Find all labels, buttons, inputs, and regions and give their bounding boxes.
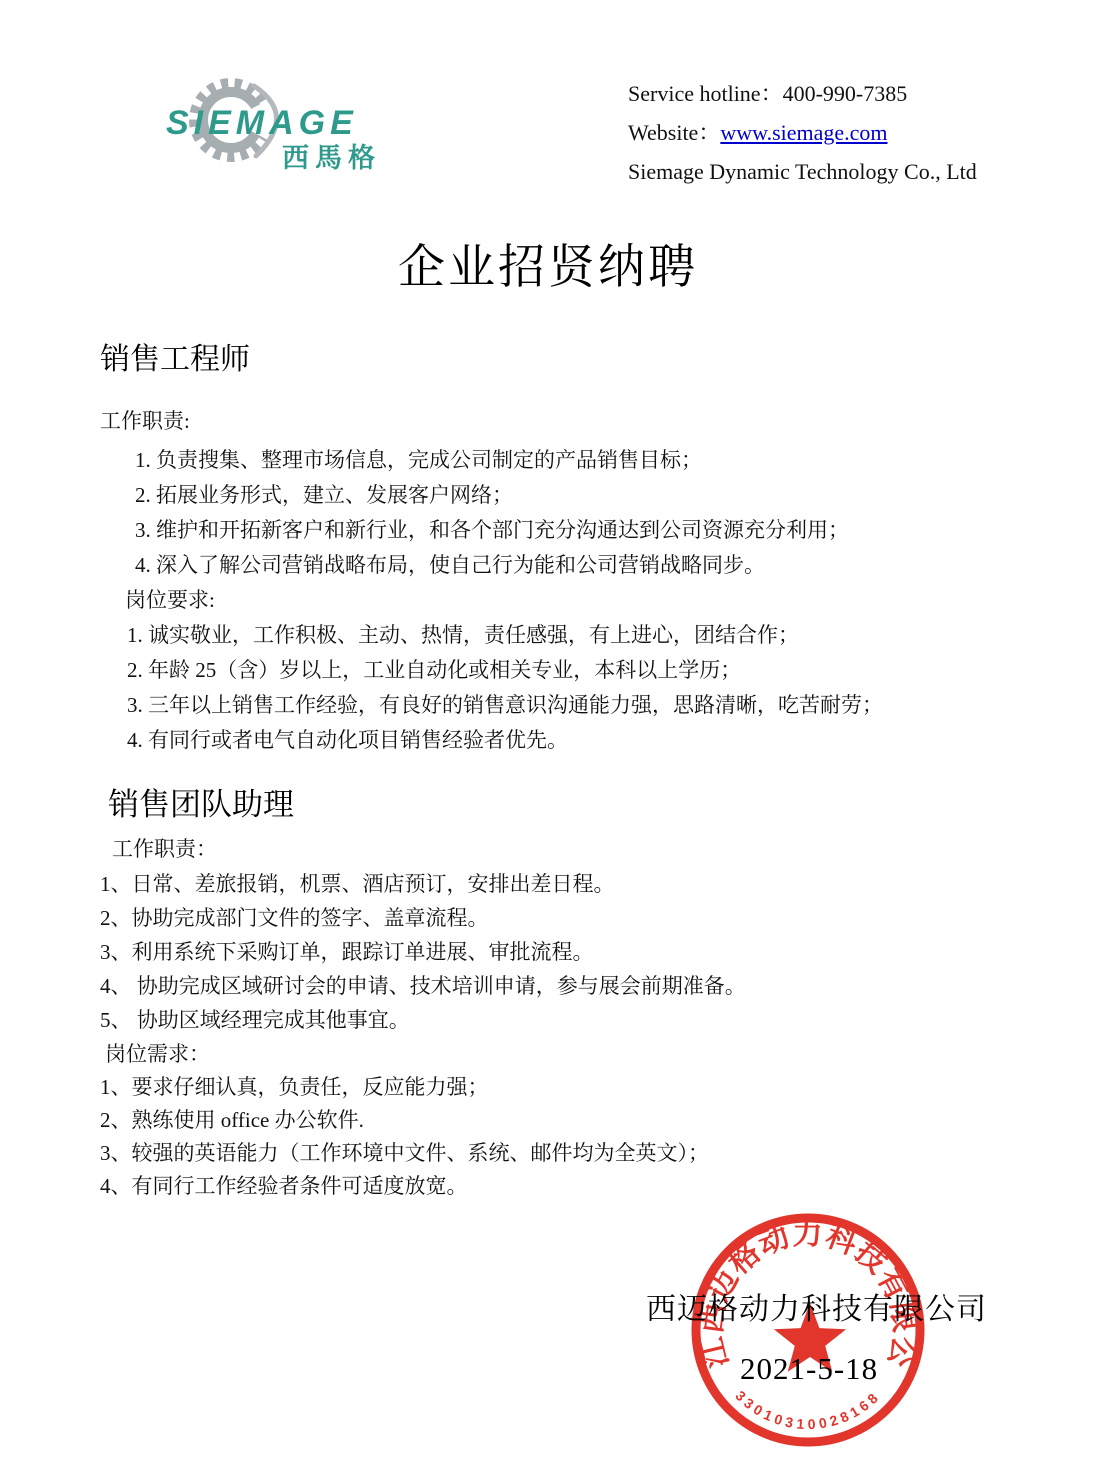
list-item: 1、日常、差旅报销，机票、酒店预订，安排出差日程。 — [100, 867, 1000, 901]
list-item: 1、要求仔细认真，负责任，反应能力强； — [100, 1071, 1000, 1104]
list-item: 2、协助完成部门文件的签字、盖章流程。 — [100, 901, 1000, 935]
list-item: 1. 负责搜集、整理市场信息，完成公司制定的产品销售目标； — [135, 443, 1000, 478]
requirements-list: 1. 诚实敬业，工作积极、主动、热情，责任感强，有上进心，团结合作； 2. 年龄… — [100, 618, 1000, 758]
company-name-en: Siemage Dynamic Technology Co., Ltd — [628, 152, 1008, 191]
list-item: 3. 三年以上销售工作经验，有良好的销售意识沟通能力强，思路清晰，吃苦耐劳； — [127, 688, 1000, 723]
duties-label: 工作职责： — [100, 832, 1000, 867]
document-body: 销售工程师 工作职责: 1. 负责搜集、整理市场信息，完成公司制定的产品销售目标… — [100, 338, 1000, 1203]
hotline-line: Service hotline：400-990-7385 — [628, 74, 1008, 113]
list-item: 2、熟练使用 office 办公软件. — [100, 1104, 1000, 1137]
list-item: 2. 年龄 25（含）岁以上，工业自动化或相关专业，本科以上学历； — [127, 653, 1000, 688]
website-label: Website： — [628, 120, 720, 145]
star-icon — [774, 1303, 846, 1372]
company-stamp: 浙江西迈格动力科技有限公司 33010310028168 — [678, 1200, 938, 1460]
requirements-label: 岗位需求： — [100, 1037, 1000, 1071]
requirements-label: 岗位要求: — [100, 583, 1000, 618]
list-item: 3. 维护和开拓新客户和新行业，和各个部门充分沟通达到公司资源充分利用； — [135, 513, 1000, 548]
company-logo: SIEMAGE 西馬格 — [158, 60, 408, 200]
list-item: 3、利用系统下采购订单，跟踪订单进展、审批流程。 — [100, 935, 1000, 969]
list-item: 4、 协助完成区域研讨会的申请、技术培训申请，参与展会前期准备。 — [100, 969, 1000, 1003]
duties-list: 1. 负责搜集、整理市场信息，完成公司制定的产品销售目标； 2. 拓展业务形式，… — [100, 443, 1000, 583]
website-line: Website：www.siemage.com — [628, 113, 1008, 152]
hotline-label: Service hotline： — [628, 81, 783, 106]
duties-label: 工作职责: — [100, 404, 1000, 439]
list-item: 4. 深入了解公司营销战略布局，使自己行为能和公司营销战略同步。 — [135, 548, 1000, 583]
duties-list: 1、日常、差旅报销，机票、酒店预订，安排出差日程。 2、协助完成部门文件的签字、… — [100, 867, 1000, 1037]
list-item: 2. 拓展业务形式，建立、发展客户网络； — [135, 478, 1000, 513]
list-item: 3、较强的英语能力（工作环境中文件、系统、邮件均为全英文）； — [100, 1137, 1000, 1170]
header-contact: Service hotline：400-990-7385 Website：www… — [628, 74, 1008, 191]
section-heading-sales-assistant: 销售团队助理 — [100, 782, 1000, 828]
section-heading-sales-engineer: 销售工程师 — [100, 338, 1000, 382]
document-page: SIEMAGE 西馬格 Service hotline：400-990-7385… — [0, 0, 1096, 1478]
hotline-number: 400-990-7385 — [783, 81, 908, 106]
list-item: 1. 诚实敬业，工作积极、主动、热情，责任感强，有上进心，团结合作； — [127, 618, 1000, 653]
list-item: 4. 有同行或者电气自动化项目销售经验者优先。 — [127, 723, 1000, 758]
list-item: 5、 协助区域经理完成其他事宜。 — [100, 1003, 1000, 1037]
page-title: 企业招贤纳聘 — [0, 230, 1096, 297]
brand-chinese: 西馬格 — [282, 136, 381, 175]
requirements-list: 1、要求仔细认真，负责任，反应能力强； 2、熟练使用 office 办公软件. … — [100, 1071, 1000, 1203]
website-link[interactable]: www.siemage.com — [720, 120, 887, 145]
list-item: 4、有同行工作经验者条件可适度放宽。 — [100, 1170, 1000, 1203]
